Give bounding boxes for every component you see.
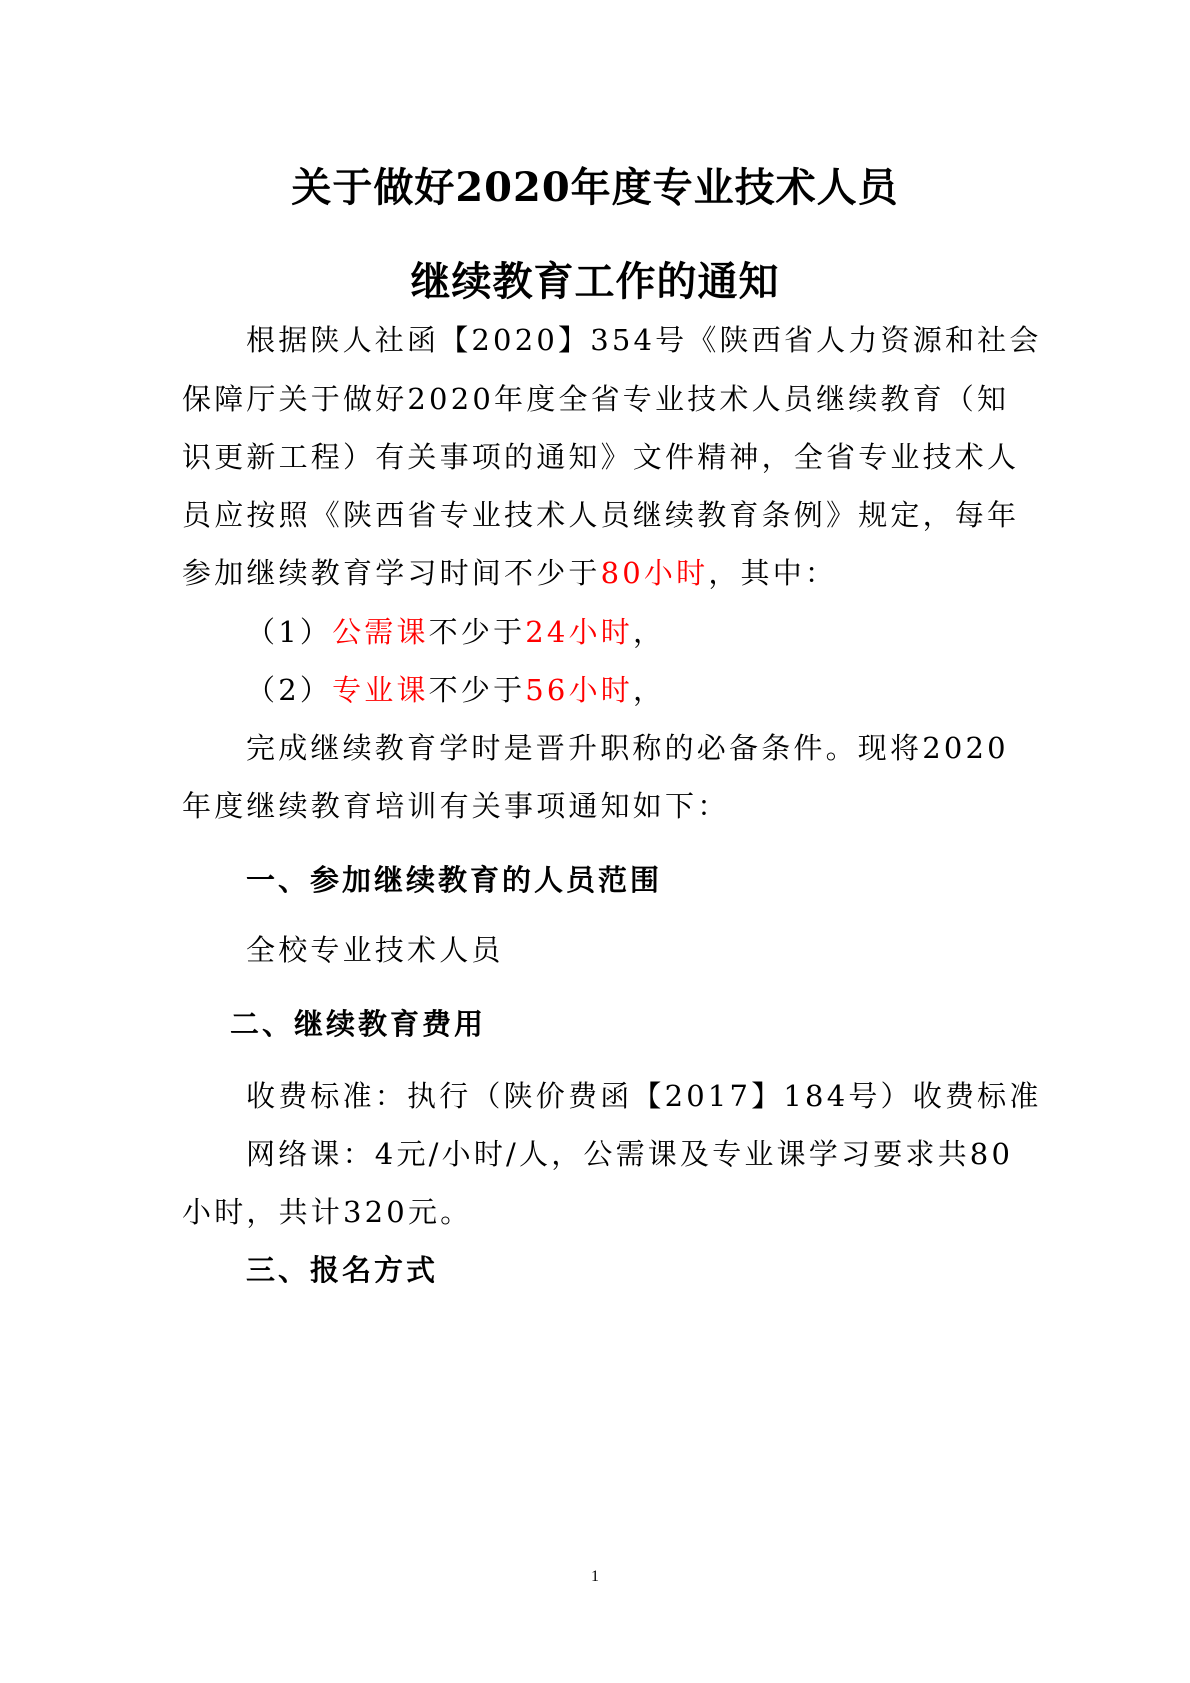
section-heading-2: 二、继续教育费用	[230, 1010, 1060, 1039]
online-course-fee-line: 网络课：4元/小时/人，公需课及专业课学习要求共80	[246, 1140, 1076, 1169]
fee-standard-line: 收费标准：执行（陕价费函【2017】184号）收费标准	[246, 1082, 1076, 1111]
requirement-item-2: （2）专业课不少于56小时，	[246, 676, 1076, 705]
course-type-highlight: 专业课	[332, 673, 429, 707]
item-punct: ，	[633, 673, 665, 707]
item-text: 不少于	[429, 673, 526, 707]
intro-line-4: 员应按照《陕西省专业技术人员继续教育条例》规定，每年	[182, 501, 1012, 530]
document-title-line-1: 关于做好2020年度专业技术人员	[0, 168, 1190, 208]
section-1-text: 全校专业技术人员	[246, 936, 1076, 965]
section-heading-1: 一、参加继续教育的人员范围	[246, 866, 1076, 895]
item-punct: ，	[633, 615, 665, 649]
intro-line-1: 根据陕人社函【2020】354号《陕西省人力资源和社会	[246, 326, 1076, 355]
intro-text: 参加继续教育学习时间不少于	[182, 556, 601, 590]
document-page: 关于做好2020年度专业技术人员 继续教育工作的通知 根据陕人社函【2020】3…	[0, 0, 1190, 1683]
item-text: 不少于	[429, 615, 526, 649]
section-heading-3: 三、报名方式	[246, 1256, 1076, 1285]
document-title-line-2: 继续教育工作的通知	[0, 262, 1190, 302]
conclusion-line-2: 年度继续教育培训有关事项通知如下：	[182, 792, 1012, 821]
hours-highlight: 56小时	[525, 673, 633, 707]
intro-line-5: 参加继续教育学习时间不少于80小时，其中：	[182, 559, 1012, 588]
intro-line-3: 识更新工程）有关事项的通知》文件精神，全省专业技术人	[182, 443, 1012, 472]
page-number: 1	[0, 1568, 1190, 1586]
fee-total-line: 小时，共计320元。	[182, 1198, 1012, 1227]
item-number: （1）	[246, 615, 332, 649]
intro-line-2: 保障厅关于做好2020年度全省专业技术人员继续教育（知	[182, 385, 1012, 414]
requirement-item-1: （1）公需课不少于24小时，	[246, 618, 1076, 647]
course-type-highlight: 公需课	[332, 615, 429, 649]
hours-highlight: 24小时	[525, 615, 633, 649]
total-hours-highlight: 80小时	[601, 556, 709, 590]
item-number: （2）	[246, 673, 332, 707]
intro-text-end: ，其中：	[708, 556, 837, 590]
conclusion-line-1: 完成继续教育学时是晋升职称的必备条件。现将2020	[246, 734, 1076, 763]
